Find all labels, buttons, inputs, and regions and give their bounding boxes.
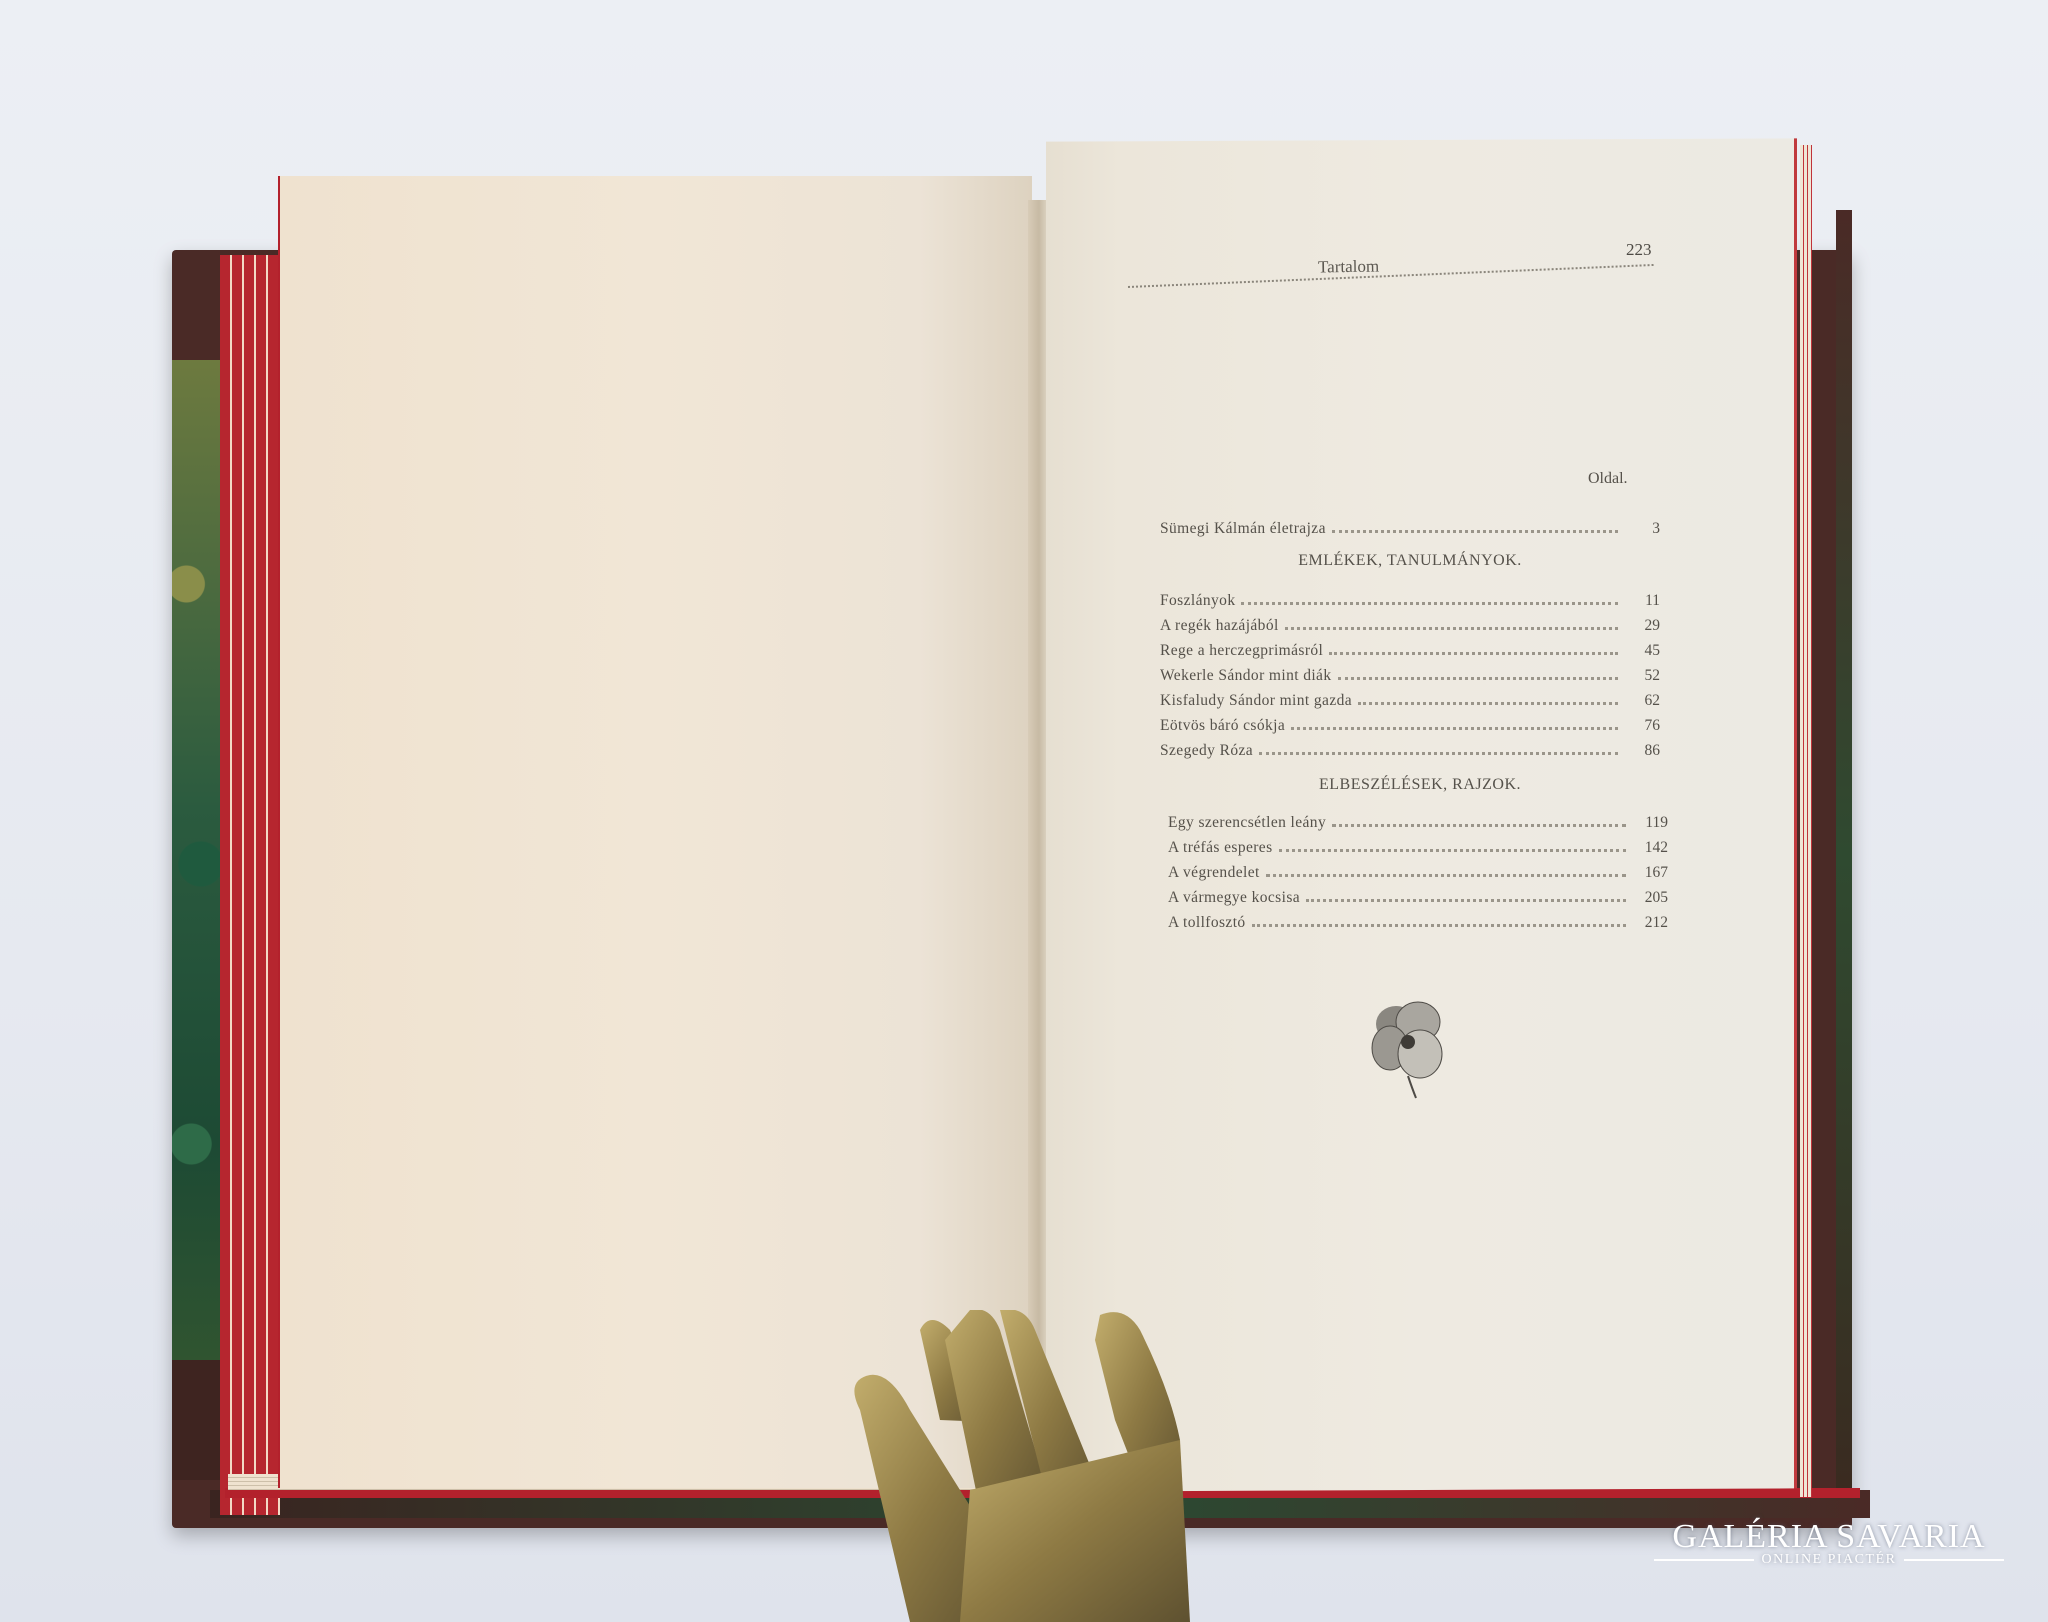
leader-dots	[1306, 899, 1626, 902]
toc-entry: Foszlányok 11	[1160, 588, 1660, 610]
pansy-flower-icon	[1368, 996, 1448, 1106]
left-page	[278, 176, 1032, 1488]
toc-entry-page: 11	[1626, 592, 1660, 610]
watermark-brand: GALÉRIA SAVARIA	[1654, 1518, 2004, 1556]
toc-entry: A végrendelet 167	[1168, 860, 1668, 882]
toc-entry-title: Eötvös báró csókja	[1160, 717, 1285, 735]
leader-dots	[1241, 602, 1618, 605]
toc-entry-page: 76	[1626, 717, 1660, 735]
leader-dots	[1279, 849, 1626, 852]
leader-dots	[1332, 530, 1618, 533]
toc-entry-page: 205	[1634, 889, 1668, 907]
toc-entry-page: 3	[1626, 520, 1660, 538]
marbled-cover-left	[172, 360, 220, 1480]
toc-entry: Wekerle Sándor mint diák 52	[1160, 663, 1660, 685]
leader-dots	[1285, 627, 1618, 630]
toc-entry: Szegedy Róza 86	[1160, 738, 1660, 760]
marbled-cover-right	[1836, 210, 1852, 1500]
watermark-rule	[1654, 1559, 1754, 1561]
toc-entry-page: 86	[1626, 742, 1660, 760]
toc-entry-title: A regék hazájából	[1160, 617, 1279, 635]
toc-entry: Rege a herczegprimásról 45	[1160, 638, 1660, 660]
section-heading: EMLÉKEK, TANULMÁNYOK.	[1160, 552, 1660, 570]
brass-hand-bookend	[850, 1310, 1250, 1622]
toc-entry-title: A tréfás esperes	[1168, 839, 1273, 857]
leader-dots	[1329, 652, 1618, 655]
toc-entry: A regék hazájából 29	[1160, 613, 1660, 635]
leader-dots	[1338, 677, 1619, 680]
toc-entry: Eötvös báró csókja 76	[1160, 713, 1660, 735]
toc-entry-title: Szegedy Róza	[1160, 742, 1253, 760]
page-stack-right	[1800, 145, 1812, 1497]
toc-entry-page: 119	[1634, 814, 1668, 832]
toc-entry-title: Wekerle Sándor mint diák	[1160, 667, 1332, 685]
toc-entry-title: A végrendelet	[1168, 864, 1260, 882]
toc-entry-title: Sümegi Kálmán életrajza	[1160, 520, 1326, 538]
toc-entry: Sümegi Kálmán életrajza 3	[1160, 516, 1660, 538]
toc-entry-page: 45	[1626, 642, 1660, 660]
leader-dots	[1266, 874, 1626, 877]
column-label-oldal: Oldal.	[1588, 470, 1628, 488]
toc-entry-page: 212	[1634, 914, 1668, 932]
toc-entry: A vármegye kocsisa 205	[1168, 885, 1668, 907]
toc-entry-title: Rege a herczegprimásról	[1160, 642, 1323, 660]
toc-entry-title: A vármegye kocsisa	[1168, 889, 1300, 907]
toc-entry: A tollfosztó 212	[1168, 910, 1668, 932]
red-page-edges-left	[220, 255, 280, 1515]
toc-entry-page: 167	[1634, 864, 1668, 882]
toc-entry-page: 62	[1626, 692, 1660, 710]
leader-dots	[1259, 752, 1618, 755]
toc-entry: Kisfaludy Sándor mint gazda 62	[1160, 688, 1660, 710]
toc-entry-page: 29	[1626, 617, 1660, 635]
leather-corner	[172, 1360, 220, 1480]
toc-entry-title: Foszlányok	[1160, 592, 1235, 610]
toc-entry: A tréfás esperes 142	[1168, 835, 1668, 857]
toc-entry-title: Egy szerencsétlen leány	[1168, 814, 1326, 832]
toc-entry-title: Kisfaludy Sándor mint gazda	[1160, 692, 1352, 710]
leader-dots	[1291, 727, 1618, 730]
page-number: 223	[1626, 240, 1652, 260]
leader-dots	[1332, 824, 1626, 827]
running-head: Tartalom	[1318, 257, 1379, 278]
watermark-rule	[1904, 1559, 2004, 1561]
toc-entry-title: A tollfosztó	[1168, 914, 1246, 932]
watermark-logo: GALÉRIA SAVARIA ONLINE PIACTÉR	[1654, 1518, 2004, 1568]
watermark-subtitle: ONLINE PIACTÉR	[1762, 1552, 1897, 1568]
toc-entry-page: 142	[1634, 839, 1668, 857]
leader-dots	[1252, 924, 1626, 927]
toc-entry-page: 52	[1626, 667, 1660, 685]
leader-dots	[1358, 702, 1618, 705]
toc-entry: Egy szerencsétlen leány 119	[1168, 810, 1668, 832]
section-heading: ELBESZÉLÉSEK, RAJZOK.	[1170, 776, 1670, 794]
photo-scene: Tartalom 223 Oldal. Sümegi Kálmán életra…	[0, 0, 2048, 1622]
